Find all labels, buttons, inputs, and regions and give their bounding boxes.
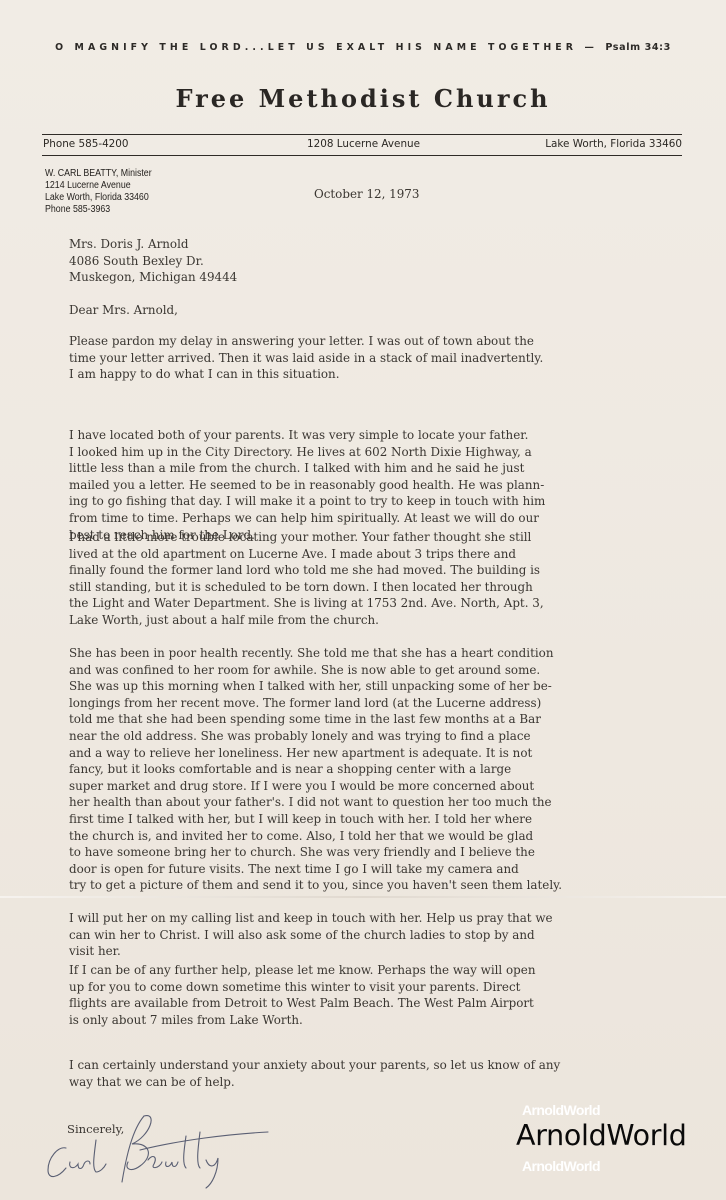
church-city: Lake Worth, Florida 33460: [545, 138, 682, 150]
minister-phone: Phone 585-3963: [45, 204, 152, 216]
recipient-address: Mrs. Doris J. Arnold 4086 South Bexley D…: [69, 236, 237, 286]
watermark-small-top: ArnoldWorld: [522, 1102, 600, 1118]
paragraph-line: fancy, but it looks comfortable and is n…: [69, 761, 562, 778]
paragraph-line: near the old address. She was probably l…: [69, 728, 562, 745]
letterhead-top-rule: [42, 134, 682, 135]
paragraph-line: I can certainly understand your anxiety …: [69, 1057, 560, 1074]
paragraph: Please pardon my delay in answering your…: [69, 333, 543, 383]
paragraph-line: lived at the old apartment on Lucerne Av…: [69, 546, 544, 563]
motto-reference: Psalm 34:3: [605, 42, 671, 53]
paragraph-line: and a way to relieve her loneliness. Her…: [69, 745, 562, 762]
paragraph-line: finally found the former land lord who t…: [69, 562, 544, 579]
minister-block: W. CARL BEATTY, Minister 1214 Lucerne Av…: [45, 168, 152, 216]
paragraph-line: Please pardon my delay in answering your…: [69, 333, 543, 350]
paragraph-line: is only about 7 miles from Lake Worth.: [69, 1012, 535, 1029]
paragraph-line: up for you to come down sometime this wi…: [69, 979, 535, 996]
paragraph: I have located both of your parents. It …: [69, 427, 545, 543]
paragraph-line: told me that she had been spending some …: [69, 711, 562, 728]
paragraph-line: If I can be of any further help, please …: [69, 962, 535, 979]
paragraph-line: her health than about your father's. I d…: [69, 794, 562, 811]
church-phone: Phone 585-4200: [43, 138, 129, 150]
paragraph: I will put her on my calling list and ke…: [69, 910, 553, 960]
paragraph-line: I have located both of your parents. It …: [69, 427, 545, 444]
paragraph-line: and was confined to her room for awhile.…: [69, 662, 562, 679]
watermark-small-bottom: ArnoldWorld: [522, 1158, 600, 1174]
minister-address-line2: Lake Worth, Florida 33460: [45, 192, 152, 204]
minister-name: W. CARL BEATTY, Minister: [45, 168, 152, 180]
signature-image: [40, 1110, 280, 1190]
minister-address-line1: 1214 Lucerne Avenue: [45, 180, 152, 192]
paragraph-line: the church is, and invited her to come. …: [69, 828, 562, 845]
paragraph-line: I had a little more trouble locating you…: [69, 529, 544, 546]
church-name: Free Methodist Church: [0, 84, 726, 113]
paragraph: I had a little more trouble locating you…: [69, 529, 544, 629]
paragraph-line: longings from her recent move. The forme…: [69, 695, 562, 712]
paragraph-line: to have someone bring her to church. She…: [69, 844, 562, 861]
paragraph-line: Lake Worth, just about a half mile from …: [69, 612, 544, 629]
paragraph-line: time your letter arrived. Then it was la…: [69, 350, 543, 367]
paper-fold-line: [0, 896, 726, 898]
salutation: Dear Mrs. Arnold,: [69, 303, 178, 317]
paragraph-line: I am happy to do what I can in this situ…: [69, 366, 543, 383]
letterhead-contact-row: Phone 585-4200 1208 Lucerne Avenue Lake …: [42, 138, 682, 152]
paragraph-line: still standing, but it is scheduled to b…: [69, 579, 544, 596]
recipient-line: Muskegon, Michigan 49444: [69, 269, 237, 286]
paragraph-line: I looked him up in the City Directory. H…: [69, 444, 545, 461]
recipient-line: Mrs. Doris J. Arnold: [69, 236, 237, 253]
watermark-large: ArnoldWorld: [516, 1119, 687, 1152]
paragraph-line: flights are available from Detroit to We…: [69, 995, 535, 1012]
church-street: 1208 Lucerne Avenue: [307, 138, 420, 150]
paragraph-line: super market and drug store. If I were y…: [69, 778, 562, 795]
paragraph-line: little less than a mile from the church.…: [69, 460, 545, 477]
paragraph-line: the Light and Water Department. She is l…: [69, 595, 544, 612]
paragraph-line: first time I talked with her, but I will…: [69, 811, 562, 828]
paragraph-line: ing to go fishing that day. I will make …: [69, 493, 545, 510]
paragraph-line: visit her.: [69, 943, 553, 960]
paragraph-line: from time to time. Perhaps we can help h…: [69, 510, 545, 527]
paragraph: If I can be of any further help, please …: [69, 962, 535, 1028]
paragraph-line: way that we can be of help.: [69, 1074, 560, 1091]
paragraph-line: mailed you a letter. He seemed to be in …: [69, 477, 545, 494]
paragraph-line: I will put her on my calling list and ke…: [69, 910, 553, 927]
motto-text: O MAGNIFY THE LORD...LET US EXALT HIS NA…: [55, 42, 598, 53]
paragraph-line: can win her to Christ. I will also ask s…: [69, 927, 553, 944]
paragraph-line: door is open for future visits. The next…: [69, 861, 562, 878]
letterhead-bottom-rule: [42, 155, 682, 156]
paragraph-line: She was up this morning when I talked wi…: [69, 678, 562, 695]
letter-date: October 12, 1973: [314, 187, 419, 201]
recipient-line: 4086 South Bexley Dr.: [69, 253, 237, 270]
letterhead-motto: O MAGNIFY THE LORD...LET US EXALT HIS NA…: [0, 42, 726, 53]
paragraph: She has been in poor health recently. Sh…: [69, 645, 562, 894]
paragraph-line: try to get a picture of them and send it…: [69, 877, 562, 894]
paragraph-line: She has been in poor health recently. Sh…: [69, 645, 562, 662]
letter-page: O MAGNIFY THE LORD...LET US EXALT HIS NA…: [0, 0, 726, 1200]
paragraph: I can certainly understand your anxiety …: [69, 1057, 560, 1090]
